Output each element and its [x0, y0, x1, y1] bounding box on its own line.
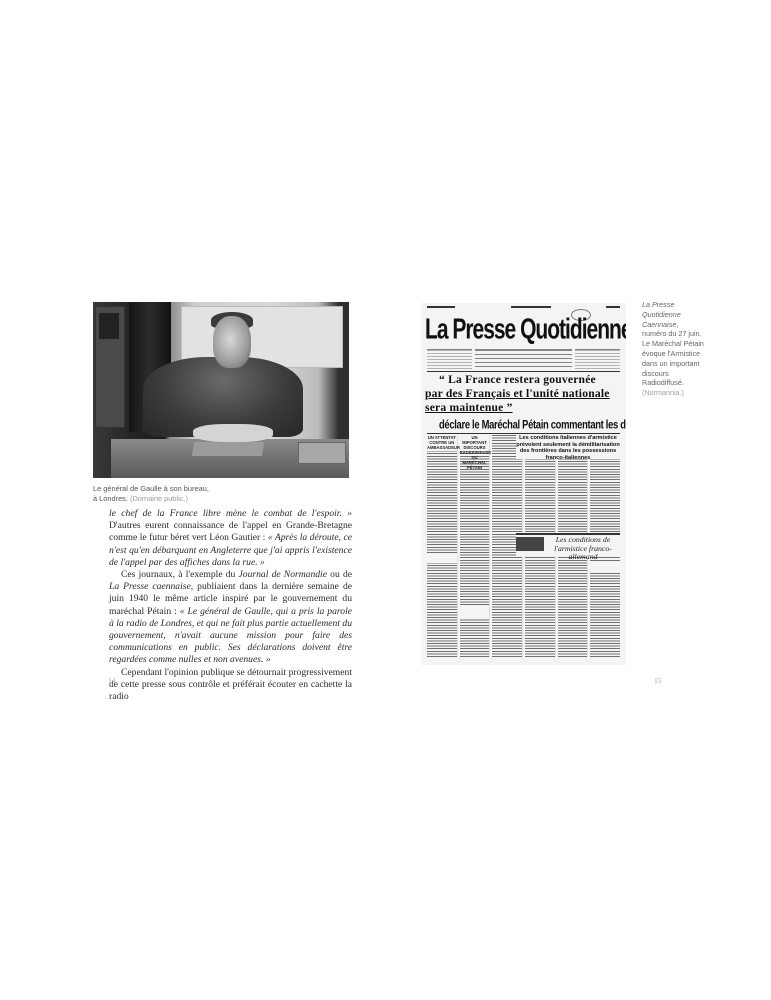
- column-heading: UN IMPORTANT DISCOURS RADIODIFFUSÉ DU MA…: [460, 435, 490, 451]
- caption-text-2: à Londres.: [93, 494, 128, 503]
- box-inset: [516, 537, 544, 551]
- caption-text: Le général de Gaulle à son bureau,: [93, 484, 209, 493]
- writing-pad: [192, 442, 264, 456]
- armistice-box: Les conditions de l'armistice franco-all…: [516, 533, 620, 557]
- caption-title: La Presse Quotidienne Caennaise: [642, 300, 681, 329]
- figure-head: [213, 316, 251, 368]
- newspaper-facsimile: La Presse Quotidienne Caennaise “ La Fra…: [421, 303, 626, 665]
- door: [95, 306, 125, 428]
- paragraph-1: le chef de la France libre mène le comba…: [109, 508, 352, 569]
- newspaper-dateline: [427, 306, 620, 311]
- photo-caption: Le général de Gaulle à son bureau, à Lon…: [93, 484, 293, 504]
- page-number-right: 15: [654, 676, 662, 685]
- headline-line-1: “ La France restera gouvernée: [425, 373, 623, 387]
- newspaper-caption: La Presse Quotidienne Caennaise, numéro …: [642, 300, 704, 398]
- paragraph-3: Cependant l'opinion publique se détourna…: [109, 667, 352, 704]
- masthead-info-boxes: [427, 349, 620, 369]
- photo-credit: (Domaine public.): [130, 494, 188, 503]
- headline-line-2: par des Français et l'unité nationale: [425, 387, 623, 401]
- paragraph-2: Ces journaux, à l'exemple du Journal de …: [109, 569, 352, 667]
- writing-hands: [193, 424, 273, 442]
- caption-text: , numéro du 27 juin. Le Maréchal Pétain …: [642, 320, 704, 388]
- caption-credit: (Normannia.): [642, 388, 684, 397]
- divider: [427, 433, 620, 434]
- text-fragment: ou de: [327, 569, 352, 580]
- italian-armistice-heading: Les conditions italiennes d'armistice pr…: [516, 435, 620, 459]
- text-fragment: Ces journaux, à l'exemple du: [121, 569, 239, 580]
- journal-title: Journal de Normandie: [239, 569, 327, 580]
- newspaper-masthead: La Presse Quotidienne Caennaise: [425, 313, 623, 348]
- newspaper-subheadline: déclare le Maréchal Pétain commentant le…: [439, 417, 619, 431]
- journal-title: La Presse caennaise: [109, 581, 191, 592]
- headline-line-3: sera maintenue ”: [425, 401, 623, 415]
- italic-fragment: le chef de la France libre mène le comba…: [109, 508, 352, 519]
- desk-book: [298, 442, 346, 464]
- body-text: le chef de la France libre mène le comba…: [109, 508, 352, 703]
- page-number-left: 14: [108, 676, 116, 685]
- armistice-box-title: Les conditions de l'armistice franco-all…: [546, 536, 620, 562]
- column-1: UN ATTENTAT CONTRE UN AMBASSADEUR: [427, 435, 458, 657]
- newspaper-headline: “ La France restera gouvernée par des Fr…: [425, 373, 623, 415]
- de-gaulle-photo: [93, 302, 349, 478]
- column-2: UN IMPORTANT DISCOURS RADIODIFFUSÉ DU MA…: [460, 435, 491, 657]
- divider: [427, 371, 620, 372]
- column-heading: UN ATTENTAT CONTRE UN AMBASSADEUR: [427, 435, 457, 451]
